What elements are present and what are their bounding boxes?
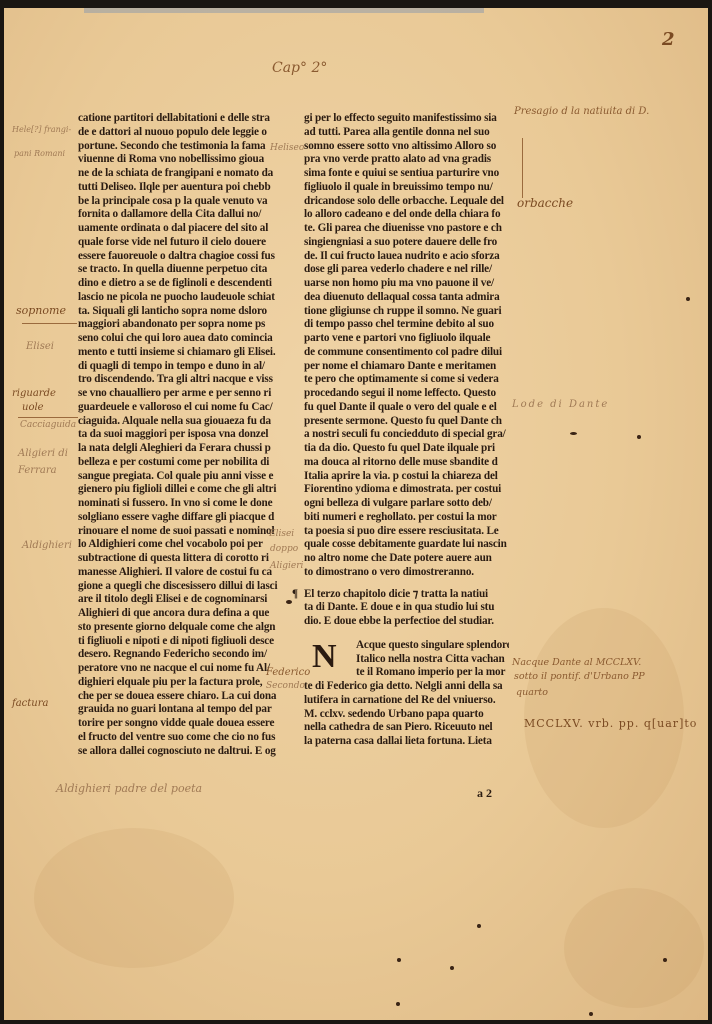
text-line: di quagli di tempo in tempo e duno in al… <box>78 360 283 374</box>
text-line: singiengniasi a suo potere dauere delle … <box>304 236 509 250</box>
margin-note: Hele[?] frangi- <box>12 125 71 134</box>
wormhole <box>450 966 454 970</box>
gutter-note: Elisei <box>269 529 294 539</box>
margin-rule <box>22 323 77 324</box>
text-line: lo Aldighieri come chel vocabolo poi per <box>78 538 283 552</box>
text-line: quale cosse debitamente guardate lui nas… <box>304 538 509 552</box>
margin-note: Elisei <box>26 341 54 353</box>
text-line: gi per lo effecto seguito manifestissimo… <box>304 112 509 126</box>
text-line: ta poesia si puo dire essere resciusitat… <box>304 525 509 539</box>
gutter-note: doppo <box>270 544 298 554</box>
right-text-column: gi per lo effecto seguito manifestissimo… <box>304 112 509 749</box>
text-line: de e dattori al nuouo populo dele leggie… <box>78 126 283 140</box>
initial-paragraph: N Acque questo singulare splendore Itali… <box>304 639 509 680</box>
text-line: lo alloro cadeano e del onde della chiar… <box>304 208 509 222</box>
heading-line: El terzo chapitolo dicie ⁊ tratta la nat… <box>304 588 509 602</box>
text-line: tro discendendo. Tra gli altri nacque e … <box>78 373 283 387</box>
text-line: dino e dietro a se de figlinoli e descen… <box>78 277 283 291</box>
text-line: ad tutti. Parea alla gentile donna nel s… <box>304 126 509 140</box>
signature-mark: a 2 <box>477 786 492 801</box>
text-line: quale forse vide nel futuro il cielo dou… <box>78 236 283 250</box>
text-line: per nome el chiamaro Dante e meritamen <box>304 360 509 374</box>
text-line: catione partitori dellabitationi e delle… <box>78 112 283 126</box>
wormhole <box>396 1002 400 1006</box>
text-line: ti figliuoli e nipoti e di nipoti figliu… <box>78 635 283 649</box>
wormhole <box>637 435 641 439</box>
text-line: figliuolo il quale in breuissimo tempo n… <box>304 181 509 195</box>
text-line: sto presente giorno delquale come che al… <box>78 621 283 635</box>
text-line: to dimostrano o vero dimostreranno. <box>304 566 509 580</box>
text-line: fornita o dallamore della Cita dallui no… <box>78 208 283 222</box>
text-line: somno essere sotto vno altissimo Alloro … <box>304 140 509 154</box>
page-top-strip <box>84 8 484 13</box>
text-line: tutti Deliseo. Ilqle per auentura poi ch… <box>78 181 283 195</box>
gutter-note: Aligieri <box>270 561 303 571</box>
text-line: ogni belleza di vulgare parlare sotto de… <box>304 497 509 511</box>
text-line: lascio ne picola ne puocho laudeuole sch… <box>78 291 283 305</box>
manuscript-page: Cap° 2° 2 catione partitori dellabitatio… <box>4 8 708 1020</box>
text-line: seno colui che qui loro auea dato cominc… <box>78 332 283 346</box>
text-line: mento e tutti insieme si chiamaro gli El… <box>78 346 283 360</box>
text-line: pra vno verde pratto alato ad vna gradis <box>304 153 509 167</box>
text-line: dose gli parea vederlo chadere e nel ril… <box>304 263 509 277</box>
text-line: tione gligiunse ch ruppe il somno. Ne gu… <box>304 305 509 319</box>
margin-note: MCCLXV. vrb. pp. q[uar]to <box>524 718 697 731</box>
text-line: M. cclxv. sedendo Urbano papa quarto <box>304 708 509 722</box>
text-line: ta da suoi maggiori per isposa vna donze… <box>78 428 283 442</box>
margin-note: Nacque Dante al MCCLXV. <box>512 658 641 669</box>
text-line: uamente ordinata o dal piacere del sito … <box>78 222 283 236</box>
paper-stain <box>34 828 234 968</box>
text-line: ma douca al ritorno delle muse sbandite … <box>304 456 509 470</box>
text-line: sangue pregiata. Col quale piu anni viss… <box>78 470 283 484</box>
chapter-heading: ¶ El terzo chapitolo dicie ⁊ tratta la n… <box>304 588 509 629</box>
text-line: ta. Siquali gli lanticho sopra nome dslo… <box>78 305 283 319</box>
gutter-note: Federico <box>266 667 310 679</box>
margin-note: orbacche <box>517 197 573 211</box>
text-line: nella cathedra de san Piero. Riceuuto ne… <box>304 721 509 735</box>
text-line: gione a quegli che discesissero dillui d… <box>78 580 283 594</box>
margin-note: pani Romani <box>14 149 65 158</box>
text-line: el fructo del ventre suo come che cio no… <box>78 731 283 745</box>
text-line: dighieri elquale piu per la factura prol… <box>78 676 283 690</box>
margin-note: uole <box>22 402 44 414</box>
heading-line: ta di Dante. E doue e in qua studio lui … <box>304 601 509 615</box>
text-line: maggiori abandonato per sopra nome ps <box>78 318 283 332</box>
margin-note: sotto il pontif. d'Urbano PP <box>514 672 645 683</box>
text-line: belleza e per costumi come per nobilita … <box>78 456 283 470</box>
text-line: Fiorentino ydioma e dimostrata. per cost… <box>304 483 509 497</box>
text-line: subtractione di questa littera di corott… <box>78 552 283 566</box>
text-line: la paterna casa dallai lieta fortuna. Li… <box>304 735 509 749</box>
wormhole <box>663 958 667 962</box>
margin-note: Aldighieri padre del poeta <box>56 783 202 796</box>
text-line: se allora dallei cognosciuto ne daltrui.… <box>78 745 283 759</box>
text-line: are il titolo degli Elisei e de cognomin… <box>78 593 283 607</box>
text-line: essere fauoreuole o daltra chagioe cossi… <box>78 250 283 264</box>
gutter-note: Secondo <box>266 681 305 691</box>
text-line: de commune consentimento col padre dilui <box>304 346 509 360</box>
margin-note: Cacciaguida <box>20 420 76 430</box>
text-line: manesse Alighieri. Il valore de costui f… <box>78 566 283 580</box>
wormhole <box>477 924 481 928</box>
margin-rule <box>18 417 78 418</box>
text-line: uarse non homo piu ma vno pauone il ve/ <box>304 277 509 291</box>
text-line: ciaguida. Alquale nella sua giouaeza fu … <box>78 415 283 429</box>
wormhole <box>589 1012 593 1016</box>
text-line: tia da dio. Questo fu quel Date ilquale … <box>304 442 509 456</box>
text-line: torire per songno vidde quale douea esse… <box>78 717 283 731</box>
heading-line: dio. E doue ebbe la perfectioe del studi… <box>304 615 509 629</box>
text-line: lutifera in carnatione del Re del vniuer… <box>304 694 509 708</box>
text-line: presente sermone. Questo fu quel Dante c… <box>304 415 509 429</box>
text-line: rinouare el nome de suoi passati e nomin… <box>78 525 283 539</box>
text-line: gienero piu figlioli dillei e come che g… <box>78 483 283 497</box>
text-line: viuenne di Roma vno nobellissimo gioua <box>78 153 283 167</box>
text-line: procedando segui il nome leffecto. Quest… <box>304 387 509 401</box>
text-line: sima fonte e quiui se sentiua parturire … <box>304 167 509 181</box>
wormhole <box>686 297 690 301</box>
margin-note: Ferrara <box>18 465 57 477</box>
text-line: no altro nome che Date potere auere aun <box>304 552 509 566</box>
text-line: dricandose solo delle orbacche. Lequale … <box>304 195 509 209</box>
text-line: solgliano essere vaghe diffare gli piacq… <box>78 511 283 525</box>
wormhole <box>570 432 577 435</box>
text-line: che per se douea essere chiaro. La cui d… <box>78 690 283 704</box>
text-line: dea diuenuto dellaqual cossa tanta admir… <box>304 291 509 305</box>
text-line: te pero che optimamente si come si veder… <box>304 373 509 387</box>
margin-note: sopnome <box>16 305 66 318</box>
paper-stain <box>564 888 704 1008</box>
margin-note: Aldighieri <box>22 540 72 552</box>
corner-mark: 2 <box>662 30 675 51</box>
text-line: grauida no guari lontana al tempo del pa… <box>78 703 283 717</box>
text-line: be la principale cosa p la quale venuto … <box>78 195 283 209</box>
text-line: Alighieri di que ancora dura defina a qu… <box>78 607 283 621</box>
text-line: biti numeri e reghollato. per costui la … <box>304 511 509 525</box>
text-line: te. Gli parea che diuenisse vno pastore … <box>304 222 509 236</box>
margin-note: quarto <box>516 688 548 699</box>
margin-note: riguarde <box>12 388 56 400</box>
wormhole <box>397 958 401 962</box>
text-line: se tracto. In quella diuenne perpetuo ci… <box>78 263 283 277</box>
margin-note: Aligieri di <box>18 448 68 460</box>
text-line: te di Federico gia detto. Nelgli anni de… <box>304 680 509 694</box>
chapter-note: Cap° 2° <box>272 60 327 76</box>
text-line: ne de la schiata de frangipani e nomato … <box>78 167 283 181</box>
text-line: portune. Secondo che testimonia la fama <box>78 140 283 154</box>
text-line: guardeuele e valloroso el cui nome fu Ca… <box>78 401 283 415</box>
gutter-note: Heliseo <box>270 143 304 153</box>
margin-note: Presagio d la natiuita di D. <box>514 106 649 118</box>
text-line: se vno chaualliero per arme e per senno … <box>78 387 283 401</box>
text-line: peratore vno ne nacque el cui nome fu Al… <box>78 662 283 676</box>
pilcrow-icon: ¶ <box>292 588 298 602</box>
text-line: la nata delgli Aleghieri da Ferara chuss… <box>78 442 283 456</box>
text-line: de. Il cui fructo lauea nudrito e acio s… <box>304 250 509 264</box>
margin-rule <box>522 138 523 198</box>
text-line: Italia aprire la via. p costui la chiare… <box>304 470 509 484</box>
text-line: a nostri seculi fu conciedduto di specia… <box>304 428 509 442</box>
text-line: fu quel Dante il quale o vero del quale … <box>304 401 509 415</box>
margin-note: factura <box>12 698 48 710</box>
drop-capital: N <box>312 640 336 674</box>
text-line: parto vene e partori vno figliuolo ilqua… <box>304 332 509 346</box>
text-line: di tempo passo chel termine debito al su… <box>304 318 509 332</box>
margin-note: Lode di Dante <box>512 399 609 411</box>
text-line: desero. Regnando Federicho secondo im/ <box>78 648 283 662</box>
left-text-column: catione partitori dellabitationi e delle… <box>78 112 283 758</box>
text-line: nominati si fussero. In vno si come le d… <box>78 497 283 511</box>
